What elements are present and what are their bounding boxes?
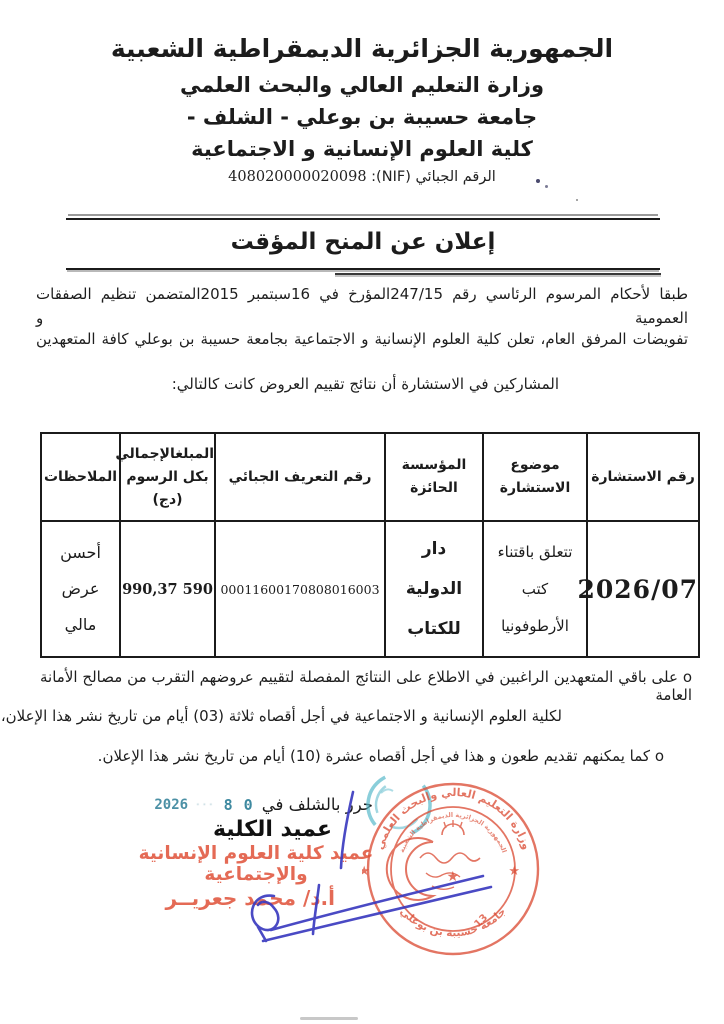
table-row: 2026/07 تتعلق باقتناء كتب الأرطوفونيا دا… <box>41 521 699 657</box>
note-1-line-2: لكلية العلوم الإنسانية و الاجتماعية في أ… <box>1 707 562 725</box>
header-winning-institution: المؤسسة الحائزة <box>385 433 483 521</box>
document-letterhead: الجمهورية الجزائرية الديمقراطية الشعبية … <box>0 34 724 185</box>
scan-noise-speck <box>576 199 578 201</box>
cell-subject: تتعلق باقتناء كتب الأرطوفونيا <box>483 521 587 657</box>
results-table: رقم الاستشارة موضوع الاستشارة المؤسسة ال… <box>40 432 700 658</box>
header-total-amount: المبلغالإجمالي بكل الرسوم (دج) <box>120 433 215 521</box>
intro-line-1: طبقا لأحكام المرسوم الرئاسي رقم 247/15ال… <box>36 282 688 330</box>
cell-remarks: أحسن عرض مالي <box>41 521 120 657</box>
university-title: جامعة حسيبة بن بوعلي - الشلف - <box>0 105 724 129</box>
scan-noise-speck <box>545 185 548 188</box>
faculty-title: كلية العلوم الإنسانية و الاجتماعية <box>0 137 724 161</box>
tax-id-value: 408020000020098 <box>228 169 366 185</box>
tax-id-label: الرقم الجبائي (NIF): <box>371 169 496 185</box>
announcement-title-box: إعلان عن المنح المؤقت <box>66 218 660 270</box>
scanned-document-page: الجمهورية الجزائرية الديمقراطية الشعبية … <box>0 0 724 1024</box>
scan-noise-speck <box>536 179 540 183</box>
tax-id-line: الرقم الجبائي (NIF): 408020000020098 <box>0 169 724 185</box>
republic-title: الجمهورية الجزائرية الديمقراطية الشعبية <box>0 34 724 63</box>
cell-tax-id: 00011600170808016003 <box>215 521 385 657</box>
scan-edge-smudge <box>300 1017 358 1020</box>
header-consultation-number: رقم الاستشارة <box>587 433 699 521</box>
intro-line-2: تفويضات المرفق العام، تعلن كلية العلوم ا… <box>36 327 688 351</box>
date-stamp-year: 2026 <box>154 797 188 813</box>
announcement-title: إعلان عن المنح المؤقت <box>66 220 660 265</box>
intro-line-3: المشاركين في الاستشارة أن نتائج تقييم ال… <box>172 372 559 396</box>
date-stamp-month-smudge: ··· <box>196 798 216 811</box>
cell-total-amount: 590 990,37 <box>120 521 215 657</box>
divider-line <box>335 273 661 275</box>
cell-consultation-number: 2026/07 <box>587 521 699 657</box>
handwritten-signature <box>225 780 517 965</box>
ministry-title: وزارة التعليم العالي والبحث العلمي <box>0 73 724 97</box>
header-remarks: الملاحظات <box>41 433 120 521</box>
header-subject: موضوع الاستشارة <box>483 433 587 521</box>
header-tax-id: رقم التعريف الجبائي <box>215 433 385 521</box>
table-header-row: رقم الاستشارة موضوع الاستشارة المؤسسة ال… <box>41 433 699 521</box>
cell-winning-institution: دار الدولية للكتاب <box>385 521 483 657</box>
note-1-line-1: o على باقي المتعهدين الراغبين في الاطلاع… <box>40 668 692 704</box>
